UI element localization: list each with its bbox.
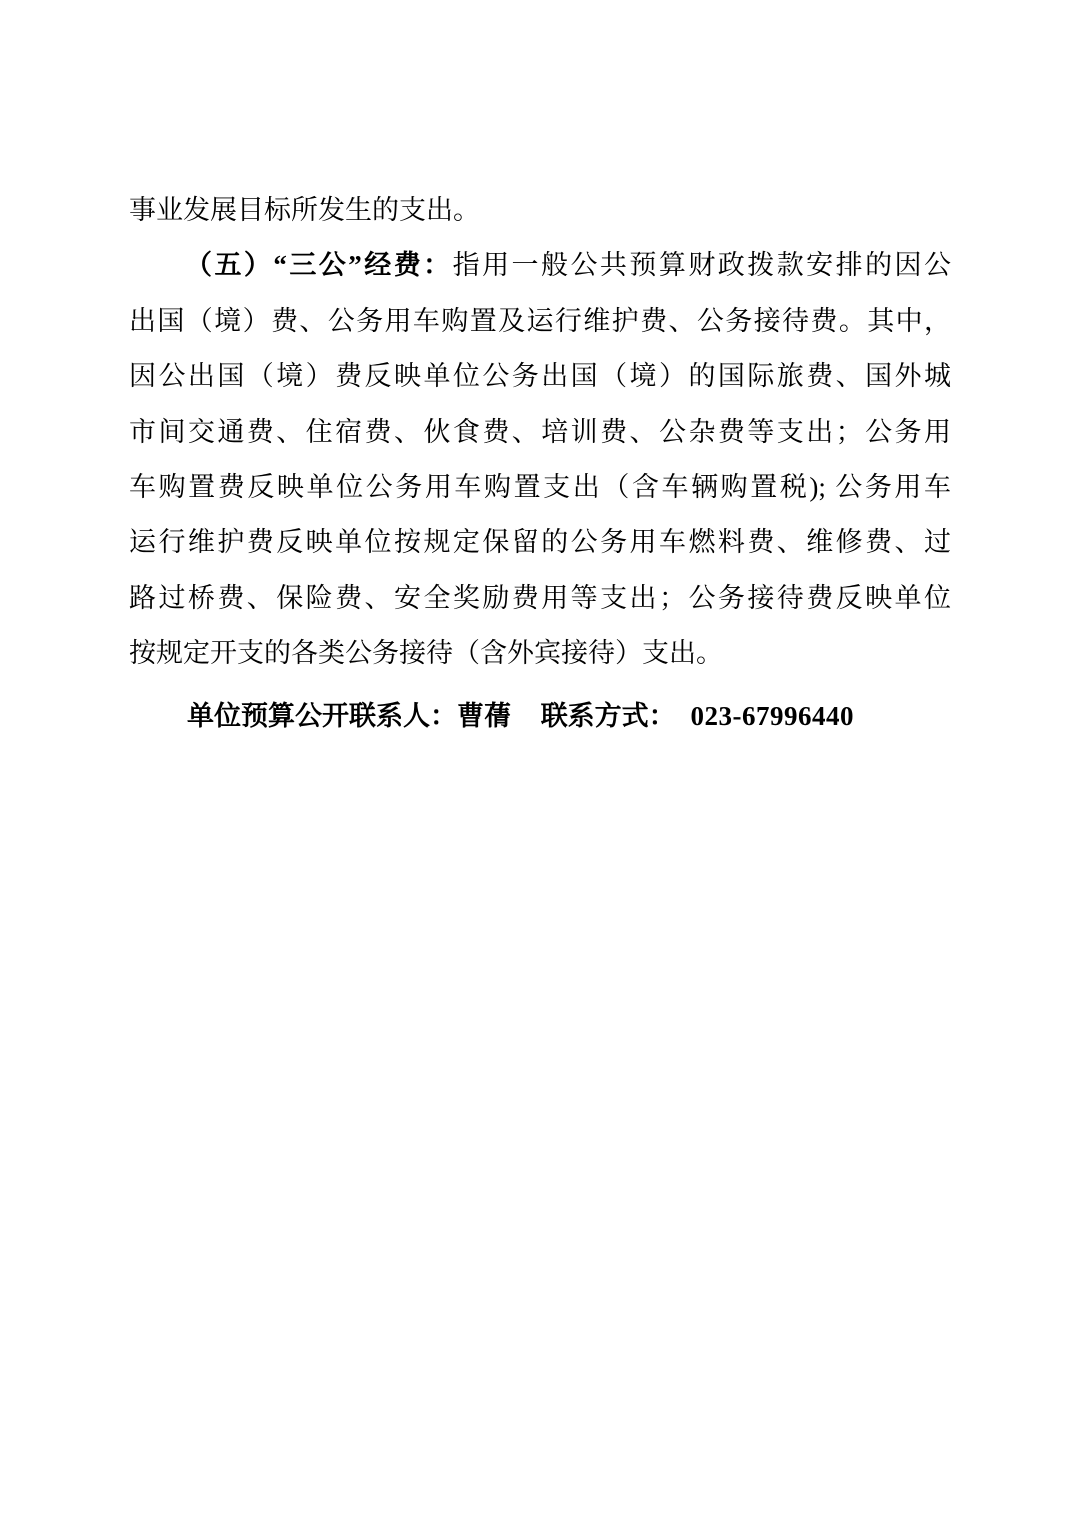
para2-line-1: （五）“三公”经费：指用一般公共预算财政拨款安排的因公 bbox=[129, 238, 951, 293]
para2-line-4: 市间交通费、住宿费、伙食费、培训费、公杂费等支出；公务用 bbox=[129, 405, 951, 460]
contact-name: 曹蒨 bbox=[457, 701, 511, 731]
para2-line-5: 车购置费反映单位公务用车购置支出（含车辆购置税); 公务用车 bbox=[129, 460, 951, 515]
contact-method-label: 联系方式： bbox=[541, 701, 676, 731]
document-page: 事业发展目标所发生的支出。 （五）“三公”经费：指用一般公共预算财政拨款安排的因… bbox=[0, 0, 1074, 1520]
para2-line-8: 按规定开支的各类公务接待（含外宾接待）支出。 bbox=[129, 626, 951, 681]
para2-line-6: 运行维护费反映单位按规定保留的公务用车燃料费、维修费、过 bbox=[129, 515, 951, 570]
para2-line-2: 出国（境）费、公务用车购置及运行维护费、公务接待费。其中， bbox=[129, 294, 951, 349]
para2-line-1-rest: 指用一般公共预算财政拨款安排的因公 bbox=[453, 250, 951, 280]
contact-line: 单位预算公开联系人：曹蒨联系方式：023-67996440 bbox=[129, 688, 951, 744]
para2-bold-lead: （五）“三公”经费： bbox=[185, 250, 453, 280]
para2-line-7: 路过桥费、保险费、安全奖励费用等支出；公务接待费反映单位 bbox=[129, 571, 951, 626]
para1-last-line: 事业发展目标所发生的支出。 bbox=[129, 183, 951, 238]
contact-label: 单位预算公开联系人： bbox=[187, 701, 457, 731]
text-block: 事业发展目标所发生的支出。 （五）“三公”经费：指用一般公共预算财政拨款安排的因… bbox=[129, 183, 951, 744]
contact-phone: 023-67996440 bbox=[691, 701, 855, 731]
para2-line-3: 因公出国（境）费反映单位公务出国（境）的国际旅费、国外城 bbox=[129, 349, 951, 404]
